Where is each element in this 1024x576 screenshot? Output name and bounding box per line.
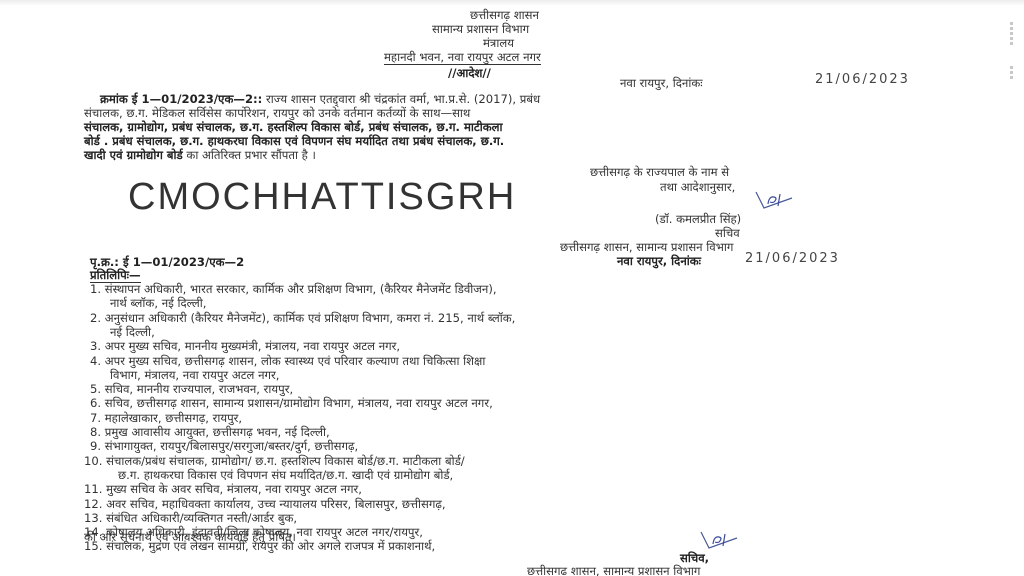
footer-signature-icon: [697, 530, 741, 552]
copy-list-item: 11. मुख्य सचिव के अवर सचिव, मंत्रालय, नव…: [84, 482, 362, 496]
copy-list-item: 9. संभागायुक्त, रायपुर/बिलासपुर/सरगुजा/ब…: [90, 439, 358, 453]
closing-note: की ओर सूचनार्थ एवं आवश्यक कार्यवाई हेतु …: [84, 530, 296, 544]
secretary-department: छत्तीसगढ़ शासन, सामान्य प्रशासन विभाग: [560, 240, 733, 254]
copy-list-number: 2.: [90, 311, 105, 325]
copy-list-text: छ.ग. हाथकरघा विकास एवं विपणन संघ मर्यादि…: [118, 468, 453, 482]
copy-list-item: नई दिल्ली,: [110, 325, 155, 339]
footer-department: छत्तीसगढ़ शासन, सामान्य प्रशासन विभाग: [527, 564, 700, 576]
order-body-line: संचालक, छ.ग. मेडिकल सर्विसेस कार्पोरेशन,…: [84, 106, 470, 120]
authority-date-label: नवा रायपुर, दिनांकः: [617, 254, 701, 268]
copy-list-text: संबंधित अधिकारी/व्यक्तिगत नस्ती/आर्डर बु…: [106, 511, 297, 525]
copy-list-text: महालेखाकार, छत्तीसगढ़, रायपुर,: [105, 411, 242, 425]
copy-list-number: 10.: [84, 454, 106, 468]
copy-list-number: 5.: [90, 382, 105, 396]
header-address: महानदी भवन, नवा रायपुर अटल नगर: [384, 50, 541, 65]
copy-list-number: 8.: [90, 425, 105, 439]
copy-list-item: छ.ग. हाथकरघा विकास एवं विपणन संघ मर्यादि…: [118, 468, 453, 482]
order-body-bold: क्रमांक ई 1—01/2023/एक—2::: [100, 92, 262, 106]
copy-list-item: 5. सचिव, माननीय राज्यपाल, राजभवन, रायपुर…: [90, 382, 293, 396]
order-body-bold: संचालक, ग्रामोद्योग, प्रबंध संचालक, छ.ग.…: [84, 120, 503, 134]
copy-list-number: 9.: [90, 439, 105, 453]
copy-list-number: 4.: [90, 354, 105, 368]
authority-date: 21/06/2023: [745, 252, 840, 266]
copy-list-item: विभाग, मंत्रालय, नवा रायपुर अटल नगर,: [110, 368, 279, 382]
copy-list-item: 13. संबंधित अधिकारी/व्यक्तिगत नस्ती/आर्ड…: [84, 511, 297, 525]
copy-list-number: 1.: [90, 282, 105, 296]
footer-designation: सचिव,: [680, 551, 709, 565]
copy-list-item: 3. अपर मुख्य सचिव, माननीय मुख्यमंत्री, म…: [90, 339, 400, 353]
copy-list-text: विभाग, मंत्रालय, नवा रायपुर अटल नगर,: [110, 368, 279, 382]
copy-to-label: प्रतिलिपिः—: [90, 268, 141, 283]
copy-list-number: 13.: [84, 511, 106, 525]
order-body-line: खादी एवं ग्रामोद्योग बोर्ड का अतिरिक्त प…: [84, 148, 316, 162]
copy-list-item: 10. संचालक/प्रबंध संचालक, ग्रामोद्योग/ छ…: [84, 454, 465, 468]
copy-list-item: 1. संस्थापन अधिकारी, भारत सरकार, कार्मिक…: [90, 282, 497, 296]
copy-list-number: 7.: [90, 411, 105, 425]
order-body-bold: बोर्ड . प्रबंध संचालक, छ.ग. हाथकरघा विका…: [84, 134, 504, 148]
copy-list-text: संभागायुक्त, रायपुर/बिलासपुर/सरगुजा/बस्त…: [105, 439, 358, 453]
copy-list-item: 4. अपर मुख्य सचिव, छत्तीसगढ़ शासन, लोक स…: [90, 354, 485, 368]
copy-list-item: 7. महालेखाकार, छत्तीसगढ़, रायपुर,: [90, 411, 242, 425]
endorsement-reference: पृ.क्र.: ई 1—01/2023/एक—2: [90, 255, 244, 269]
copy-list-text: नार्थ ब्लॉक, नई दिल्ली,: [110, 296, 206, 310]
header-state-govt: छत्तीसगढ़ शासन: [470, 8, 539, 22]
order-body-line: बोर्ड . प्रबंध संचालक, छ.ग. हाथकरघा विका…: [84, 134, 504, 148]
copy-list-text: प्रमुख आवासीय आयुक्त, छत्तीसगढ़ भवन, नई …: [105, 425, 330, 439]
order-body-text: संचालक, छ.ग. मेडिकल सर्विसेस कार्पोरेशन,…: [84, 106, 470, 120]
watermark-text: CMOCHHATTISGRH: [128, 176, 516, 219]
authority-line-2: तथा आदेशानुसार,: [660, 180, 735, 194]
order-title: //आदेश//: [448, 66, 491, 80]
copy-list-text: अनुसंधान अधिकारी (कैरियर मैनेजमेंट), कार…: [105, 311, 516, 325]
order-body-line: संचालक, ग्रामोद्योग, प्रबंध संचालक, छ.ग.…: [84, 120, 503, 134]
copy-list-text: सचिव, छत्तीसगढ़ शासन, सामान्य प्रशासन/ग्…: [105, 396, 493, 410]
authority-line-1: छत्तीसगढ़ के राज्यपाल के नाम से: [590, 165, 729, 179]
copy-list-text: नई दिल्ली,: [110, 325, 155, 339]
copy-list-item: 6. सचिव, छत्तीसगढ़ शासन, सामान्य प्रशासन…: [90, 396, 493, 410]
header-department: सामान्य प्रशासन विभाग: [432, 22, 529, 36]
copy-list-text: अपर मुख्य सचिव, छत्तीसगढ़ शासन, लोक स्वा…: [105, 354, 486, 368]
order-body-text: का अतिरिक्त प्रभार सौंपता है ।: [183, 148, 316, 162]
order-body-text: राज्य शासन एतद्द्वारा श्री चंद्रकांत वर्…: [262, 92, 540, 106]
copy-list-text: मुख्य सचिव के अवर सचिव, मंत्रालय, नवा रा…: [106, 482, 362, 496]
copy-list-item: 12. अवर सचिव, महाधिवक्ता कार्यालय, उच्च …: [84, 497, 446, 511]
page-scroll-indicator[interactable]: [1010, 22, 1014, 62]
copy-list-item: 8. प्रमुख आवासीय आयुक्त, छत्तीसगढ़ भवन, …: [90, 425, 330, 439]
copy-list-text: अवर सचिव, महाधिवक्ता कार्यालय, उच्च न्या…: [106, 497, 445, 511]
copy-list-number: 12.: [84, 497, 106, 511]
order-body-bold: खादी एवं ग्रामोद्योग बोर्ड: [84, 148, 183, 162]
copy-list-item: नार्थ ब्लॉक, नई दिल्ली,: [110, 296, 206, 310]
secretary-designation: सचिव: [715, 226, 740, 240]
order-body-line: क्रमांक ई 1—01/2023/एक—2:: राज्य शासन एत…: [100, 92, 540, 106]
copy-list-number: 11.: [84, 482, 106, 496]
signature-initials-icon: [752, 190, 796, 212]
copy-list-text: अपर मुख्य सचिव, माननीय मुख्यमंत्री, मंत्…: [105, 339, 400, 353]
header-ministry: मंत्रालय: [483, 36, 514, 50]
copy-list-number: 3.: [90, 339, 105, 353]
copy-list-text: संचालक/प्रबंध संचालक, ग्रामोद्योग/ छ.ग. …: [106, 454, 465, 468]
copy-list-number: 6.: [90, 396, 105, 410]
copy-list-item: 2. अनुसंधान अधिकारी (कैरियर मैनेजमेंट), …: [90, 311, 515, 325]
copy-list-text: सचिव, माननीय राज्यपाल, राजभवन, रायपुर,: [105, 382, 293, 396]
document-page: छत्तीसगढ़ शासन सामान्य प्रशासन विभाग मंत…: [0, 0, 1024, 576]
copy-list-text: संस्थापन अधिकारी, भारत सरकार, कार्मिक और…: [105, 282, 497, 296]
order-date-label: नवा रायपुर, दिनांकः: [620, 76, 703, 90]
secretary-name: (डॉ. कमलप्रीत सिंह): [655, 212, 741, 226]
order-date: 21/06/2023: [815, 73, 910, 87]
